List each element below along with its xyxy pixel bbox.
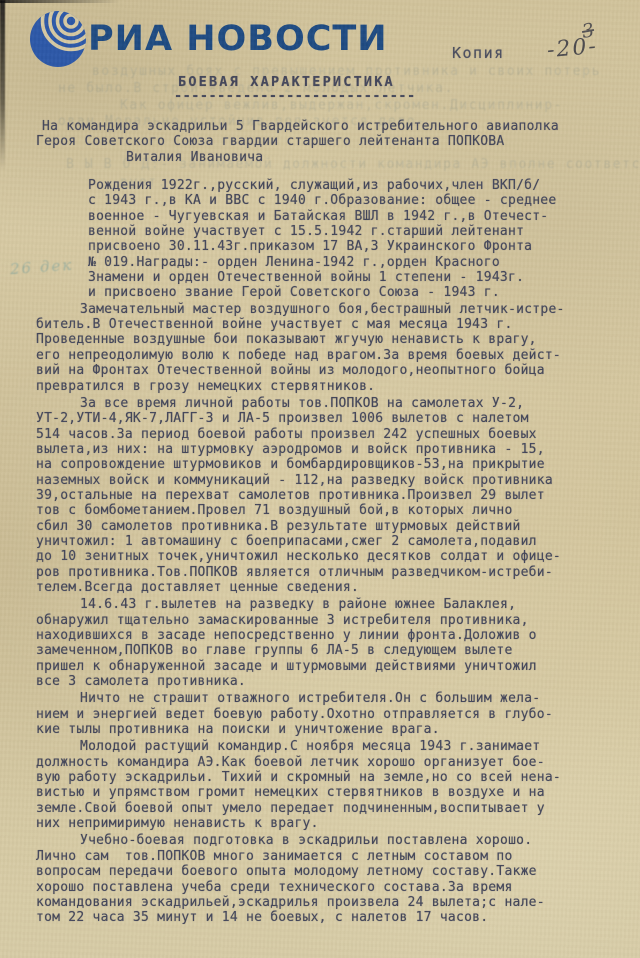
scanned-document-page: воздушных боях с превышением противника … xyxy=(0,0,640,958)
title-underline: ---------------------------- xyxy=(174,88,416,104)
logo-wordmark: РИА НОВОСТИ xyxy=(88,9,388,69)
text-line: до 10 зенитных точек,уничтожил несколько… xyxy=(36,549,626,564)
text-line: вий на Фронтах Отечественной войны из мо… xyxy=(36,363,626,378)
text-line: Виталия Ивановича xyxy=(126,150,626,165)
text-line: венной войне участвует с 15.5.1942 г.ста… xyxy=(88,224,626,239)
text-line: должность командира АЭ.Как боевой летчик… xyxy=(36,755,626,770)
text-line: Ничто не страшит отважного истребителя.О… xyxy=(36,691,626,706)
text-line: и присвоено звание Герой Советского Союз… xyxy=(88,285,626,300)
text-line: на сопровождение штурмовиков и бомбардир… xyxy=(36,457,626,472)
text-line: Лично сам тов.ПОПКОВ много занимается с … xyxy=(36,849,626,864)
copy-stamp-label: Копия xyxy=(452,44,505,62)
text-line: Героя Советского Союза гвардии старшего … xyxy=(36,134,626,149)
text-line: находившихся в засаде непосредственно у … xyxy=(36,628,626,643)
text-line: пришел к обнаруженной засаде и штурмовым… xyxy=(36,659,626,674)
text-line: военное - Чугуевская и Батайская ВШЛ в 1… xyxy=(88,209,626,224)
text-line: замеченном,ПОПКОВ во главе группы 6 ЛА-5… xyxy=(36,643,626,658)
bio-block: Рождения 1922г.,русский, служащий,из раб… xyxy=(88,178,626,301)
text-line: уничтожил: 1 автомашину с боеприпасами,с… xyxy=(36,534,626,549)
paragraph: Замечательный мастер воздушного боя,бест… xyxy=(36,302,626,394)
text-line: вую работу эскадрильи. Тихий и скромный … xyxy=(36,770,626,785)
text-line: УТ-2,УТИ-4,ЯК-7,ЛАГГ-3 и ЛА-5 произвел 1… xyxy=(36,411,626,426)
text-line: Учебно-боевая подготовка в эскадрильи по… xyxy=(36,833,626,848)
text-line: наземных войск и коммуникаций - 112,на р… xyxy=(36,473,626,488)
text-line: сбил 30 самолетов противника.В результат… xyxy=(36,519,626,534)
text-line: командования эскадрильей,эскадрилья прои… xyxy=(36,895,626,910)
paragraph: Учебно-боевая подготовка в эскадрильи по… xyxy=(36,833,626,925)
text-line: Проведенные воздушные бои показывают жгу… xyxy=(36,332,626,347)
text-line: его непреодолимую волю к победе над враг… xyxy=(36,348,626,363)
text-line: с 1943 г.,в КА и ВВС с 1940 г.Образовани… xyxy=(88,193,626,208)
text-line: 514 часов.За период боевой работы произв… xyxy=(36,427,626,442)
text-line: Знамени и орден Отечественной войны 1 ст… xyxy=(88,270,626,285)
addressee-block: На командира эскадрильи 5 Гвардейского и… xyxy=(36,119,626,165)
text-line: вылета,из них: на штурмовку аэродромов и… xyxy=(36,442,626,457)
document-body: На командира эскадрильи 5 Гвардейского и… xyxy=(36,119,626,928)
text-line: Замечательный мастер воздушного боя,бест… xyxy=(36,302,626,317)
globe-icon xyxy=(28,9,88,69)
text-line: тов с бомбометанием.Провел 71 воздушный … xyxy=(36,503,626,518)
text-line: 14.6.43 г.вылетев на разведку в районе ю… xyxy=(36,597,626,612)
ria-novosti-logo: РИА НОВОСТИ xyxy=(28,9,388,69)
text-line: ров противника.Тов.ПОПКОВ является отлич… xyxy=(36,565,626,580)
scan-edge-artifact xyxy=(0,0,5,170)
scan-edge-artifact xyxy=(0,0,120,3)
text-line: превратился в грозу немецких стервятнико… xyxy=(36,379,626,394)
text-line: хорошо поставлена учеба среди техническо… xyxy=(36,880,626,895)
paragraph: Ничто не страшит отважного истребителя.О… xyxy=(36,691,626,737)
text-line: За все время личной работы тов.ПОПКОВ на… xyxy=(36,396,626,411)
text-line: присвоено 30.11.43г.приказом 17 ВА,3 Укр… xyxy=(88,239,626,254)
handwritten-page-number: -20- xyxy=(546,34,599,63)
text-line: Рождения 1922г.,русский, служащий,из раб… xyxy=(88,178,626,193)
text-line: № 019.Награды:- орден Ленина-1942 г.,орд… xyxy=(88,255,626,270)
text-line: вопросам передачи боевого опыта молодому… xyxy=(36,864,626,879)
paragraph: За все время личной работы тов.ПОПКОВ на… xyxy=(36,396,626,595)
text-line: земле.Свой боевой опыт умело передает по… xyxy=(36,801,626,816)
text-line: На командира эскадрильи 5 Гвардейского и… xyxy=(42,119,626,134)
paragraph: Молодой растущий командир.С ноября месяц… xyxy=(36,739,626,831)
text-line: 39,остальные на перехват самолетов проти… xyxy=(36,488,626,503)
text-line: том 22 часа 35 минут и 14 не боевых, с н… xyxy=(36,910,626,925)
paragraph: 14.6.43 г.вылетев на разведку в районе ю… xyxy=(36,597,626,689)
text-line: вистью и упрямством громит немецких стер… xyxy=(36,785,626,800)
text-line: телем.Всегда доставляет ценные сведения. xyxy=(36,580,626,595)
text-line: битель.В Отечественной войне участвует с… xyxy=(36,317,626,332)
text-line: Молодой растущий командир.С ноября месяц… xyxy=(36,739,626,754)
text-line: обнаружил тщательно замаскированные 3 ис… xyxy=(36,613,626,628)
text-line: них непримиримую ненависть к врагу. xyxy=(36,816,626,831)
text-line: все 3 самолета противника. xyxy=(36,674,626,689)
text-line: кие тылы противника на поиски и уничтоже… xyxy=(36,722,626,737)
text-line: нием и энергией ведет боевую работу.Охот… xyxy=(36,707,626,722)
